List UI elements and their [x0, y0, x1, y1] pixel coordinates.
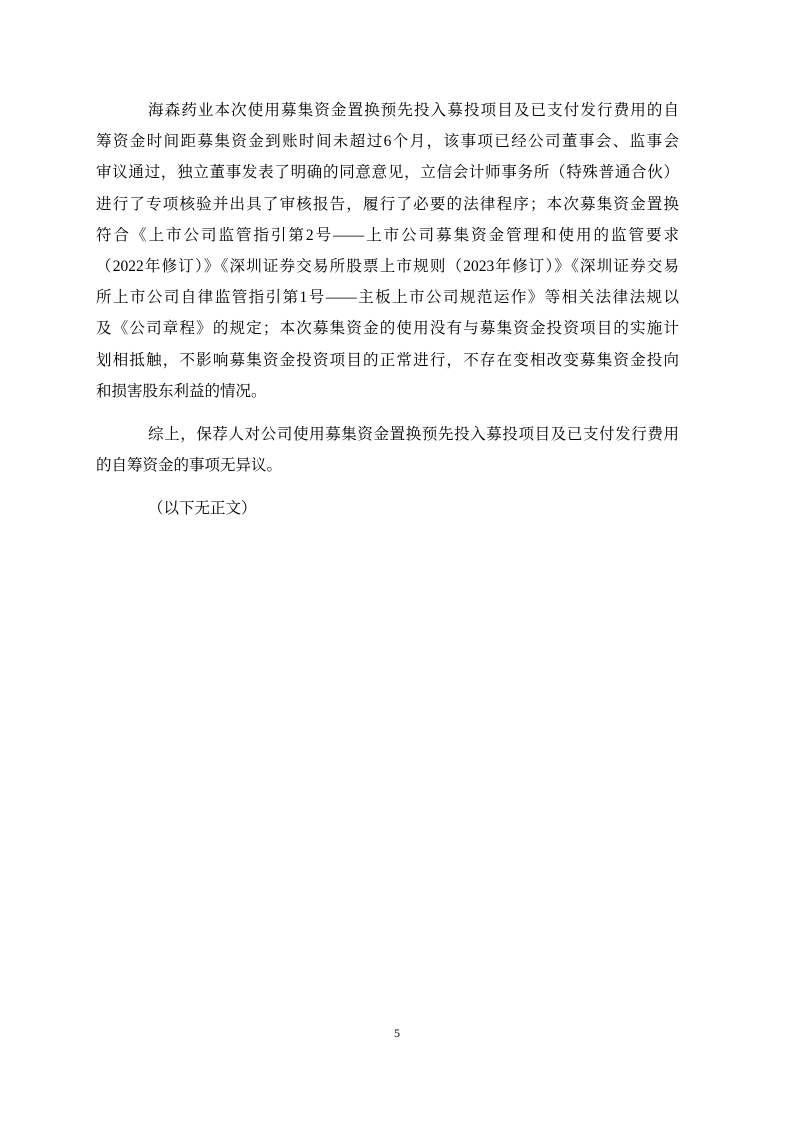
text-line: 及《公司章程》的规定；本次募集资金的使用没有与募集资金投资项目的实施计	[96, 313, 679, 344]
text-line: 进行了专项核验并出具了审核报告，履行了必要的法律程序；本次募集资金置换	[96, 189, 679, 220]
text-line: 筹资金时间距募集资金到账时间未超过6个月，该事项已经公司董事会、监事会	[96, 126, 679, 157]
text-line: 审议通过，独立董事发表了明确的同意意见，立信会计师事务所（特殊普通合伙）	[96, 157, 679, 188]
document-page: 海森药业本次使用募集资金置换预先投入募投项目及已支付发行费用的自筹资金时间距募集…	[0, 0, 794, 1123]
text-line: 综上，保荐人对公司使用募集资金置换预先投入募投项目及已支付发行费用	[96, 419, 679, 450]
text-line: 所上市公司自律监管指引第1号——主板上市公司规范运作》等相关法律法规以	[96, 282, 679, 313]
text-line: （以下无正文）	[96, 493, 679, 524]
text-line: 的自筹资金的事项无异议。	[96, 450, 679, 481]
paragraph-2: 综上，保荐人对公司使用募集资金置换预先投入募投项目及已支付发行费用的自筹资金的事…	[96, 419, 679, 481]
document-body: 海森药业本次使用募集资金置换预先投入募投项目及已支付发行费用的自筹资金时间距募集…	[96, 95, 679, 537]
page-footer: 5	[0, 1026, 794, 1040]
paragraph-3: （以下无正文）	[96, 493, 679, 524]
page-number: 5	[394, 1026, 400, 1040]
text-line: （2022年修订）》《深圳证券交易所股票上市规则（2023年修订）》《深圳证券交…	[96, 251, 679, 282]
text-line: 和损害股东利益的情况。	[96, 376, 679, 407]
text-line: 符合《上市公司监管指引第2号——上市公司募集资金管理和使用的监管要求	[96, 220, 679, 251]
text-line: 划相抵触，不影响募集资金投资项目的正常进行，不存在变相改变募集资金投向	[96, 345, 679, 376]
text-line: 海森药业本次使用募集资金置换预先投入募投项目及已支付发行费用的自	[96, 95, 679, 126]
paragraph-1: 海森药业本次使用募集资金置换预先投入募投项目及已支付发行费用的自筹资金时间距募集…	[96, 95, 679, 407]
